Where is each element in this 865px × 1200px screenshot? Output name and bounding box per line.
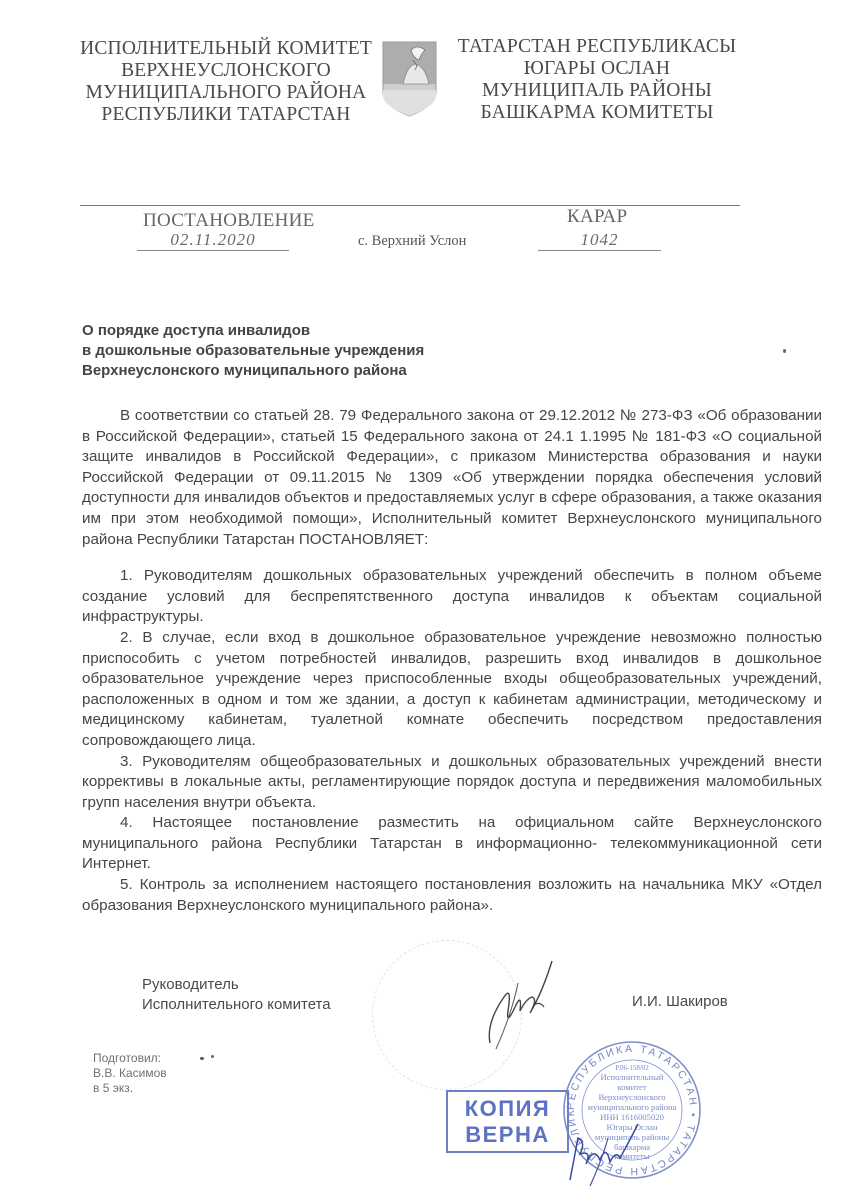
header-right-org-name: ТАТАРСТАН РЕСПУБЛИКАСЫ ЮГАРЫ ОСЛАН МУНИЦ… <box>452 36 742 124</box>
resolution-item-3: 3. Руководителям общеобразовательных и д… <box>82 752 822 814</box>
header-left-line: ИСПОЛНИТЕЛЬНЫЙ КОМИТЕТ <box>78 38 374 60</box>
doc-type-tt: КАРАР <box>567 206 627 228</box>
resolution-item-2: 2. В случае, если вход в дошкольное обра… <box>82 628 822 752</box>
stamp-line: Р.06-158/02 <box>615 1064 649 1072</box>
coat-of-arms-icon <box>381 40 438 118</box>
prepared-author: В.В. Касимов <box>93 1066 167 1081</box>
signatory-name: И.И. Шакиров <box>632 993 728 1010</box>
doc-title-line: Верхнеуслонского муниципального района <box>82 361 424 381</box>
scan-speck <box>200 1057 204 1060</box>
certifier-signature-icon <box>560 1120 642 1190</box>
header-right-line: ТАТАРСТАН РЕСПУБЛИКАСЫ <box>452 36 742 58</box>
scan-speck <box>211 1055 214 1058</box>
signatory-role-line: Исполнительного комитета <box>142 995 331 1015</box>
copy-stamp-line: КОПИЯ <box>448 1096 567 1122</box>
doc-body: В соответствии со статьей 28. 79 Федерал… <box>82 406 822 916</box>
resolution-item-4: 4. Настоящее постановление разместить на… <box>82 813 822 875</box>
doc-title-line: О порядке доступа инвалидов <box>82 321 424 341</box>
header-left-line: РЕСПУБЛИКИ ТАТАРСТАН <box>78 104 374 126</box>
copy-certified-stamp: КОПИЯ ВЕРНА <box>446 1090 569 1153</box>
handwritten-signature-icon <box>482 953 564 1053</box>
signatory-role-line: Руководитель <box>142 975 331 995</box>
prepared-copies: в 5 экз. <box>93 1081 167 1096</box>
header-right-line: МУНИЦИПАЛЬ РАЙОНЫ <box>452 80 742 102</box>
header-left-org-name: ИСПОЛНИТЕЛЬНЫЙ КОМИТЕТ ВЕРХНЕУСЛОНСКОГО … <box>78 38 374 126</box>
stamp-line: комитет <box>617 1082 646 1092</box>
scan-speck <box>783 349 786 353</box>
stamp-line: Верхнеуслонского <box>598 1092 665 1102</box>
stamp-line: муниципального района <box>588 1102 677 1112</box>
doc-place: с. Верхний Услон <box>358 233 466 250</box>
signatory-role: Руководитель Исполнительного комитета <box>142 975 331 1015</box>
resolution-item-5: 5. Контроль за исполнением настоящего по… <box>82 875 822 916</box>
doc-number-field: 1042 <box>538 231 661 251</box>
copy-stamp-line: ВЕРНА <box>448 1122 567 1148</box>
header-divider <box>80 205 740 206</box>
header-left-line: МУНИЦИПАЛЬНОГО РАЙОНА <box>78 82 374 104</box>
resolution-item-1: 1. Руководителям дошкольных образователь… <box>82 566 822 628</box>
doc-title: О порядке доступа инвалидов в дошкольные… <box>82 321 424 381</box>
preamble-paragraph: В соответствии со статьей 28. 79 Федерал… <box>82 406 822 550</box>
header-right-line: БАШКАРМА КОМИТЕТЫ <box>452 102 742 124</box>
doc-type-ru: ПОСТАНОВЛЕНИЕ <box>143 210 315 232</box>
doc-date-field: 02.11.2020 <box>137 231 289 251</box>
prepared-by-block: Подготовил: В.В. Касимов в 5 экз. <box>93 1051 167 1096</box>
header-right-line: ЮГАРЫ ОСЛАН <box>452 58 742 80</box>
doc-title-line: в дошкольные образовательные учреждения <box>82 341 424 361</box>
stamp-line: Исполнительный <box>600 1072 663 1082</box>
prepared-label: Подготовил: <box>93 1051 167 1066</box>
header-left-line: ВЕРХНЕУСЛОНСКОГО <box>78 60 374 82</box>
